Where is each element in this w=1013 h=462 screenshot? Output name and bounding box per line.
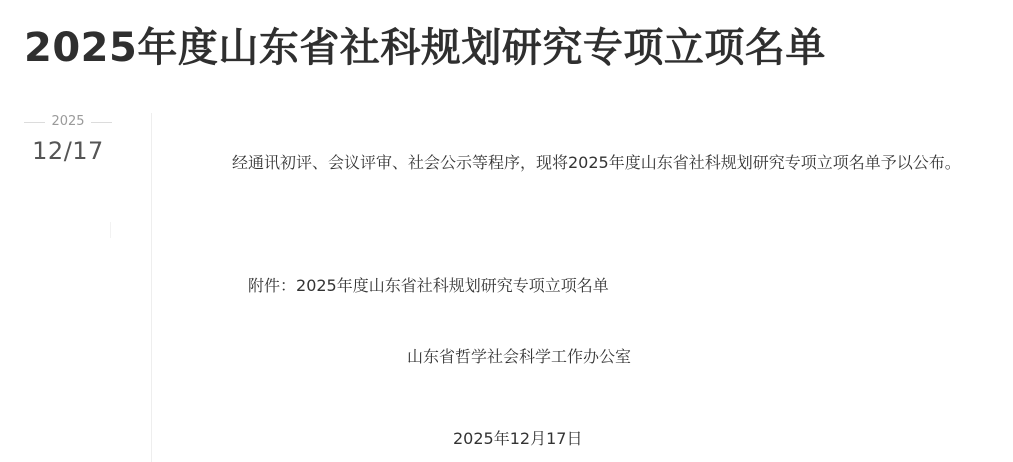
publish-date-block: 2025 12/17: [24, 112, 112, 168]
article-body: 经通讯初评、会议评审、社会公示等程序，现将2025年度山东省社科规划研究专项立项…: [196, 138, 996, 187]
attachment-label: 附件：: [248, 276, 296, 295]
date-year-right-rule: [91, 122, 112, 123]
signature-date: 2025年12月17日: [453, 427, 582, 451]
decorative-stub-line: [110, 222, 111, 238]
date-year: 2025: [45, 112, 90, 132]
date-year-left-rule: [24, 122, 45, 123]
attachment-line: 附件：2025年度山东省社科规划研究专项立项名单: [248, 274, 609, 298]
body-paragraph: 经通讯初评、会议评审、社会公示等程序，现将2025年度山东省社科规划研究专项立项…: [196, 138, 988, 187]
page-title: 2025年度山东省社科规划研究专项立项名单: [24, 22, 826, 74]
signature-organization: 山东省哲学社会科学工作办公室: [407, 345, 631, 369]
attachment-link[interactable]: 2025年度山东省社科规划研究专项立项名单: [296, 276, 609, 295]
date-month-day: 12/17: [24, 134, 112, 168]
date-year-row: 2025: [24, 112, 112, 132]
vertical-divider: [151, 113, 152, 462]
